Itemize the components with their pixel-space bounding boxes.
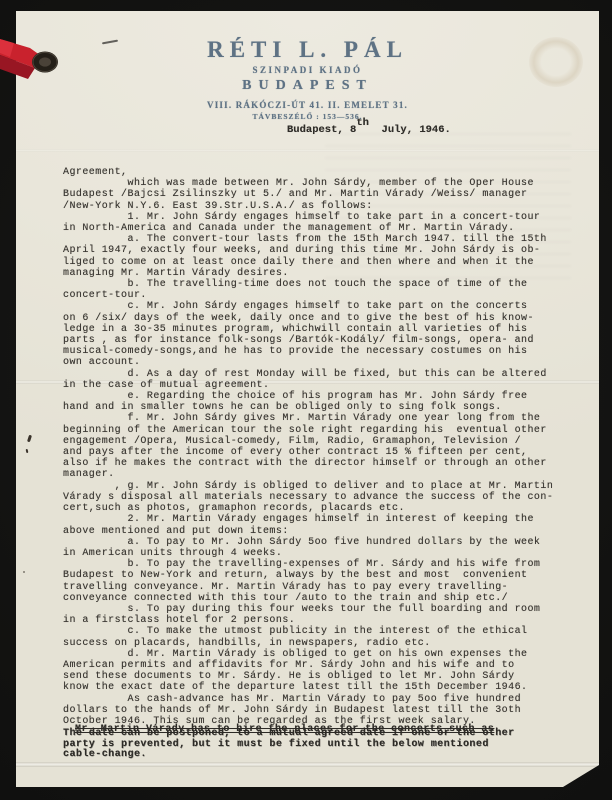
letterhead-subtitle: SZINPADI KIADÓ <box>16 65 599 75</box>
grommet-hole <box>39 57 51 66</box>
letterhead: RÉTI L. PÁL SZINPADI KIADÓ BUDAPEST VIII… <box>16 11 599 121</box>
ink-speck <box>27 435 32 443</box>
dateline-suffix: July, 1946. <box>369 124 451 136</box>
document-page: RÉTI L. PÁL SZINPADI KIADÓ BUDAPEST VIII… <box>16 11 599 787</box>
dateline: Budapest, 8th July, 1946. <box>287 124 451 136</box>
photo-background: RÉTI L. PÁL SZINPADI KIADÓ BUDAPEST VIII… <box>0 0 612 800</box>
letterhead-name: RÉTI L. PÁL <box>16 38 599 62</box>
letterhead-address: VIII. RÁKÓCZI-ÚT 41. II. EMELET 31. <box>16 100 599 110</box>
overtyped-correction: The date can be postponed, to a mutual a… <box>63 729 515 761</box>
binding-ribbon <box>0 36 74 90</box>
dateline-superscript: th <box>356 117 369 129</box>
letterhead-phone: TÁVBESZÉLŐ : 153—536. <box>16 112 599 121</box>
dateline-prefix: Budapest, 8 <box>287 124 356 136</box>
amended-closing-paragraph: Mr. Martin Várady has to hire the places… <box>63 725 568 777</box>
ink-speck <box>26 449 29 453</box>
agreement-body-text: Agreement, which was made between Mr. Jo… <box>63 167 568 727</box>
letterhead-city: BUDAPEST <box>16 78 599 94</box>
ink-speck <box>23 571 25 573</box>
